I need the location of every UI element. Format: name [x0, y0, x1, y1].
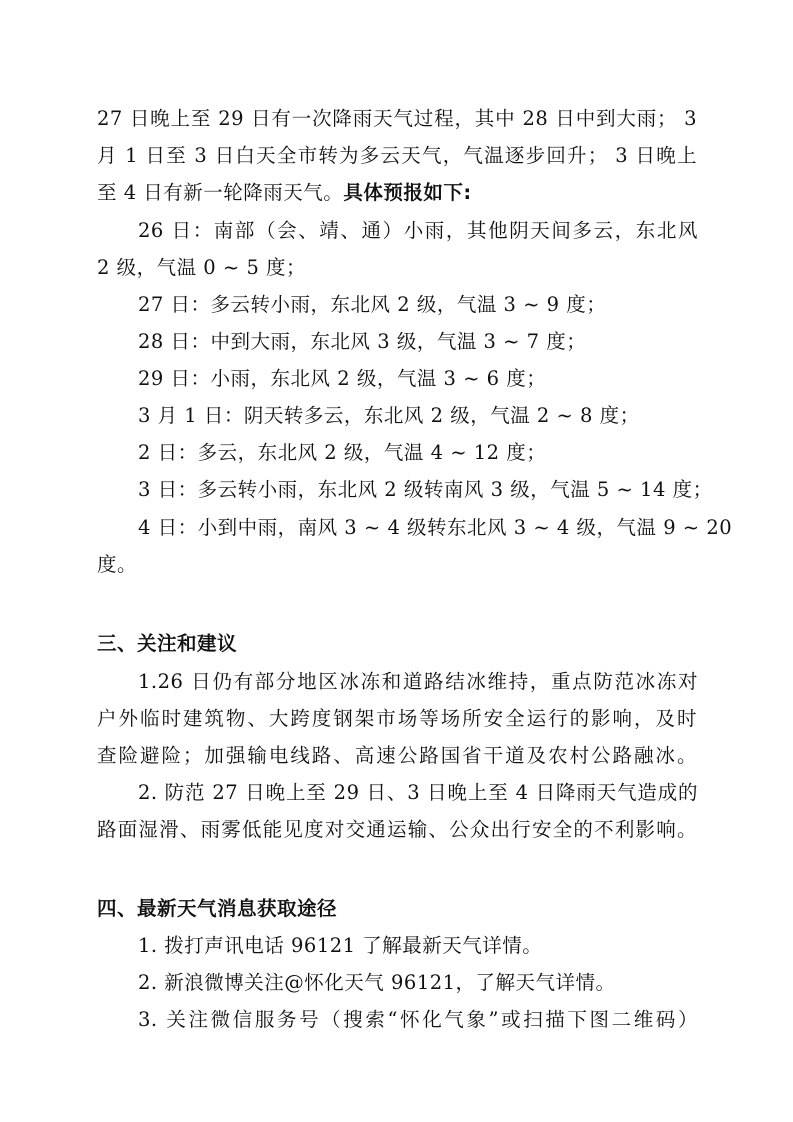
section-3-item-2-line-1: 2. 防范 27 日晚上至 29 日、3 日晚上至 4 日降雨天气造成的	[138, 774, 698, 811]
forecast-mar-2: 2 日：多云，东北风 2 级，气温 4 ~ 12 度；	[138, 434, 698, 471]
section-3-item-2-line-2: 路面湿滑、雨雾低能见度对交通运输、公众出行安全的不利影响。	[97, 811, 697, 848]
forecast-26-line-1: 26 日：南部（会、靖、通）小雨，其他阴天间多云，东北风	[138, 212, 698, 249]
section-4-item-3: 3. 关注微信服务号（搜索“怀化气象”或扫描下图二维码）	[138, 1001, 698, 1038]
intro-line-2: 月 1 日至 3 日白天全市转为多云天气，气温逐步回升； 3 日晚上	[97, 137, 697, 174]
section-3-item-1-line-3: 查险避险；加强输电线路、高速公路国省干道及农村公路融冰。	[97, 737, 697, 774]
intro-line-3-text: 至 4 日有新一轮降雨天气。	[97, 181, 343, 204]
section-3-item-1-line-1: 1.26 日仍有部分地区冰冻和道路结冰维持，重点防范冰冻对	[138, 663, 698, 700]
section-4-item-1: 1. 拨打声讯电话 96121 了解最新天气详情。	[138, 927, 698, 964]
forecast-mar-3: 3 日：多云转小雨，东北风 2 级转南风 3 级，气温 5 ~ 14 度；	[138, 471, 698, 508]
intro-line-3: 至 4 日有新一轮降雨天气。具体预报如下:	[97, 174, 697, 211]
forecast-mar-1: 3 月 1 日：阴天转多云，东北风 2 级，气温 2 ~ 8 度；	[138, 397, 698, 434]
forecast-26-line-2: 2 级，气温 0 ~ 5 度；	[97, 249, 697, 286]
forecast-lead: 具体预报如下:	[343, 181, 471, 204]
forecast-mar-4-line-1: 4 日：小到中雨，南风 3 ~ 4 级转东北风 3 ~ 4 级，气温 9 ~ 2…	[138, 509, 698, 546]
section-4-item-2: 2. 新浪微博关注@怀化天气 96121，了解天气详情。	[138, 964, 698, 1001]
section-4-heading: 四、最新天气消息获取途径	[97, 890, 697, 927]
intro-line-1: 27 日晚上至 29 日有一次降雨天气过程，其中 28 日中到大雨； 3	[97, 100, 697, 137]
section-3-item-1-line-2: 户外临时建筑物、大跨度钢架市场等场所安全运行的影响，及时	[97, 700, 697, 737]
section-3-heading: 三、关注和建议	[97, 625, 697, 662]
forecast-29: 29 日：小雨，东北风 2 级，气温 3 ~ 6 度；	[138, 360, 698, 397]
forecast-28: 28 日：中到大雨，东北风 3 级，气温 3 ~ 7 度；	[138, 323, 698, 360]
forecast-27: 27 日：多云转小雨，东北风 2 级，气温 3 ~ 9 度；	[138, 286, 698, 323]
forecast-mar-4-line-2: 度。	[97, 546, 697, 583]
